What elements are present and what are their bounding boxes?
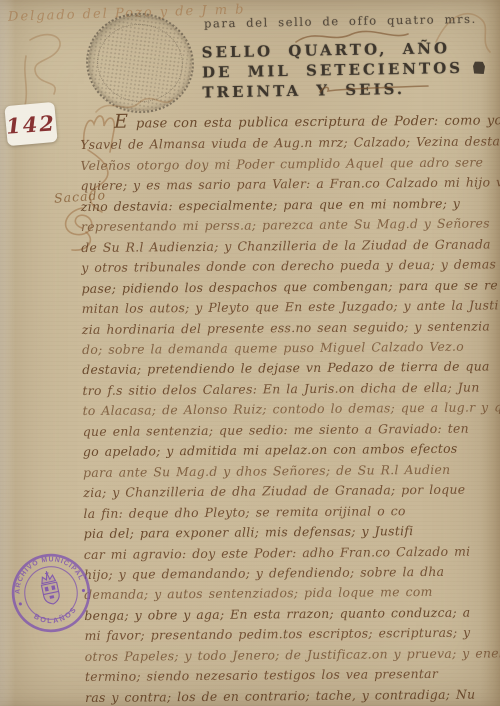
svg-text:BOLAÑOS: BOLAÑOS	[31, 603, 81, 629]
stamp-dot-left	[19, 602, 23, 606]
manuscript-page: Delgado del Pozo y de J m b para del sel…	[0, 0, 500, 706]
printed-line-3-text: TREINTA Y SEIS.	[202, 79, 405, 103]
municipal-stamp: ARCHIVO MUNICIPAL BOLAÑOS	[0, 542, 102, 644]
manuscript-body: E pase con esta publica escriptura de Po…	[80, 108, 500, 706]
archive-number: 142	[5, 110, 56, 138]
archive-sticker: 142	[4, 102, 57, 146]
coat-of-arms-icon	[39, 570, 61, 606]
printed-line-3: TREINTA Y SEIS.	[202, 78, 485, 103]
manuscript-line: zia; y Chanzilleria de dha Ziudad de Gra…	[83, 479, 500, 503]
stamp-dot-right	[82, 589, 86, 593]
printed-seal-header: SELLO QUARTO, AÑO DE MIL SETECIENTOS TRE…	[201, 38, 485, 103]
manuscript-line: hijo; y que demandando; y defendiendo; s…	[84, 561, 500, 585]
stamp-arc-bottom-text: BOLAÑOS	[31, 603, 81, 629]
manuscript-line: ras y contra; los de en contrario; tache…	[85, 684, 500, 706]
embossed-seal	[80, 6, 201, 120]
printed-ornament-icon	[473, 61, 485, 74]
